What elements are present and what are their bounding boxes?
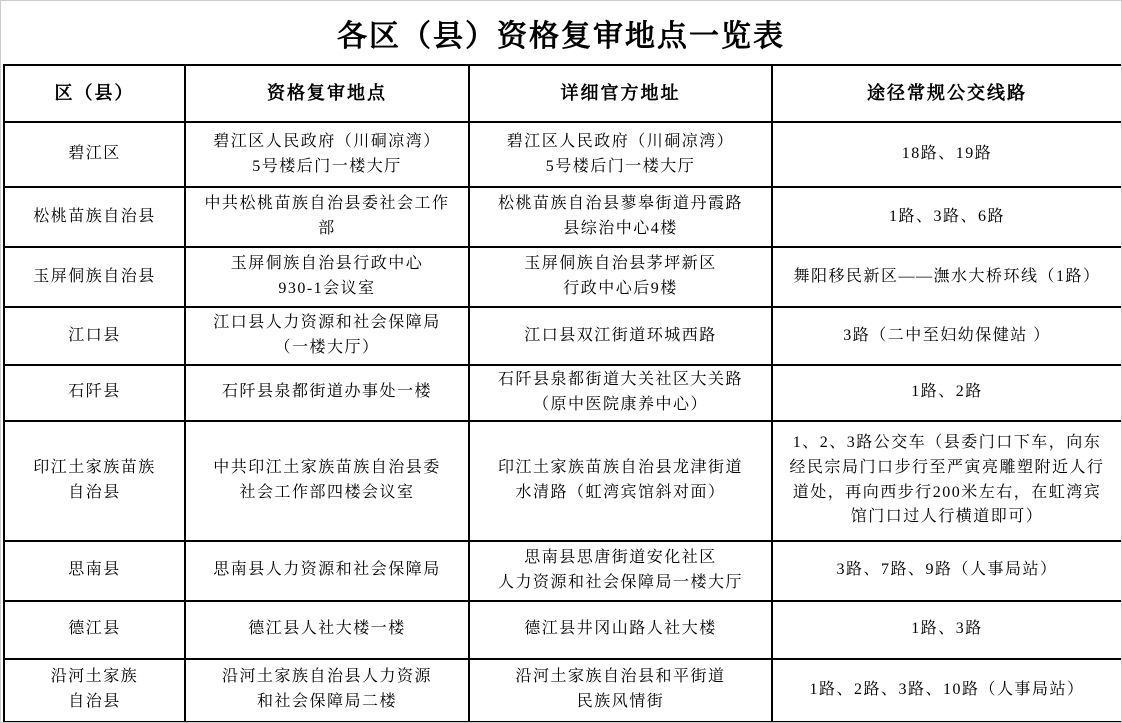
- cell-address: 江口县双江街道环城西路: [469, 307, 772, 365]
- cell-bus: 舞阳移民新区——潕水大桥环线（1路）: [772, 247, 1122, 307]
- cell-location: 碧江区人民政府（川硐凉湾） 5号楼后门一楼大厅: [185, 122, 469, 187]
- document-page: 各区（县）资格复审地点一览表 区（县） 资格复审地点 详细官方地址 途径常规公交…: [0, 0, 1122, 723]
- cell-district: 思南县: [4, 541, 185, 601]
- cell-bus: 1路、2路: [772, 365, 1122, 421]
- col-header-bus: 途径常规公交线路: [772, 65, 1122, 122]
- cell-bus: 1、2、3路公交车（县委门口下车，向东 经民宗局门口步行至严寅亮雕塑附近人行 道…: [772, 421, 1122, 541]
- header-row: 区（县） 资格复审地点 详细官方地址 途径常规公交线路: [4, 65, 1122, 122]
- cell-district: 石阡县: [4, 365, 185, 421]
- cell-location: 江口县人力资源和社会保障局 （一楼大厅）: [185, 307, 469, 365]
- cell-district: 印江土家族苗族 自治县: [4, 421, 185, 541]
- cell-location: 中共印江土家族苗族自治县委 社会工作部四楼会议室: [185, 421, 469, 541]
- col-header-location: 资格复审地点: [185, 65, 469, 122]
- page-title: 各区（县）资格复审地点一览表: [1, 1, 1121, 64]
- cell-district: 沿河土家族 自治县: [4, 659, 185, 722]
- cell-bus: 18路、19路: [772, 122, 1122, 187]
- table-row: 石阡县 石阡县泉都街道办事处一楼 石阡县泉都街道大关社区大关路 （原中医院康养中…: [4, 365, 1122, 421]
- cell-address: 碧江区人民政府（川硐凉湾） 5号楼后门一楼大厅: [469, 122, 772, 187]
- cell-district: 德江县: [4, 601, 185, 659]
- cell-address: 石阡县泉都街道大关社区大关路 （原中医院康养中心）: [469, 365, 772, 421]
- cell-bus: 1路、3路: [772, 601, 1122, 659]
- table-row: 松桃苗族自治县 中共松桃苗族自治县委社会工作 部 松桃苗族自治县蓼皋街道丹霞路 …: [4, 187, 1122, 247]
- cell-address: 沿河土家族自治县和平街道 民族风情街: [469, 659, 772, 722]
- cell-address: 德江县井冈山路人社大楼: [469, 601, 772, 659]
- cell-bus: 3路（二中至妇幼保健站 ）: [772, 307, 1122, 365]
- cell-location: 沿河土家族自治县人力资源 和社会保障局二楼: [185, 659, 469, 722]
- table-row: 江口县 江口县人力资源和社会保障局 （一楼大厅） 江口县双江街道环城西路 3路（…: [4, 307, 1122, 365]
- cell-district: 松桃苗族自治县: [4, 187, 185, 247]
- cell-location: 石阡县泉都街道办事处一楼: [185, 365, 469, 421]
- cell-district: 江口县: [4, 307, 185, 365]
- table-row: 玉屏侗族自治县 玉屏侗族自治县行政中心 930-1会议室 玉屏侗族自治县茅坪新区…: [4, 247, 1122, 307]
- table-row: 德江县 德江县人社大楼一楼 德江县井冈山路人社大楼 1路、3路: [4, 601, 1122, 659]
- cell-bus: 1路、2路、3路、10路（人事局站）: [772, 659, 1122, 722]
- cell-district: 碧江区: [4, 122, 185, 187]
- cell-location: 玉屏侗族自治县行政中心 930-1会议室: [185, 247, 469, 307]
- table-row: 思南县 思南县人力资源和社会保障局 思南县思唐街道安化社区 人力资源和社会保障局…: [4, 541, 1122, 601]
- cell-bus: 3路、7路、9路（人事局站）: [772, 541, 1122, 601]
- col-header-district: 区（县）: [4, 65, 185, 122]
- cell-address: 思南县思唐街道安化社区 人力资源和社会保障局一楼大厅: [469, 541, 772, 601]
- table-row: 印江土家族苗族 自治县 中共印江土家族苗族自治县委 社会工作部四楼会议室 印江土…: [4, 421, 1122, 541]
- cell-location: 德江县人社大楼一楼: [185, 601, 469, 659]
- cell-address: 玉屏侗族自治县茅坪新区 行政中心后9楼: [469, 247, 772, 307]
- table-row: 碧江区 碧江区人民政府（川硐凉湾） 5号楼后门一楼大厅 碧江区人民政府（川硐凉湾…: [4, 122, 1122, 187]
- cell-address: 松桃苗族自治县蓼皋街道丹霞路 县综治中心4楼: [469, 187, 772, 247]
- review-locations-table: 区（县） 资格复审地点 详细官方地址 途径常规公交线路 碧江区 碧江区人民政府（…: [3, 64, 1122, 723]
- cell-address: 印江土家族苗族自治县龙津街道 水清路（虹湾宾馆斜对面）: [469, 421, 772, 541]
- col-header-address: 详细官方地址: [469, 65, 772, 122]
- cell-bus: 1路、3路、6路: [772, 187, 1122, 247]
- cell-district: 玉屏侗族自治县: [4, 247, 185, 307]
- table-row: 沿河土家族 自治县 沿河土家族自治县人力资源 和社会保障局二楼 沿河土家族自治县…: [4, 659, 1122, 722]
- cell-location: 中共松桃苗族自治县委社会工作 部: [185, 187, 469, 247]
- cell-location: 思南县人力资源和社会保障局: [185, 541, 469, 601]
